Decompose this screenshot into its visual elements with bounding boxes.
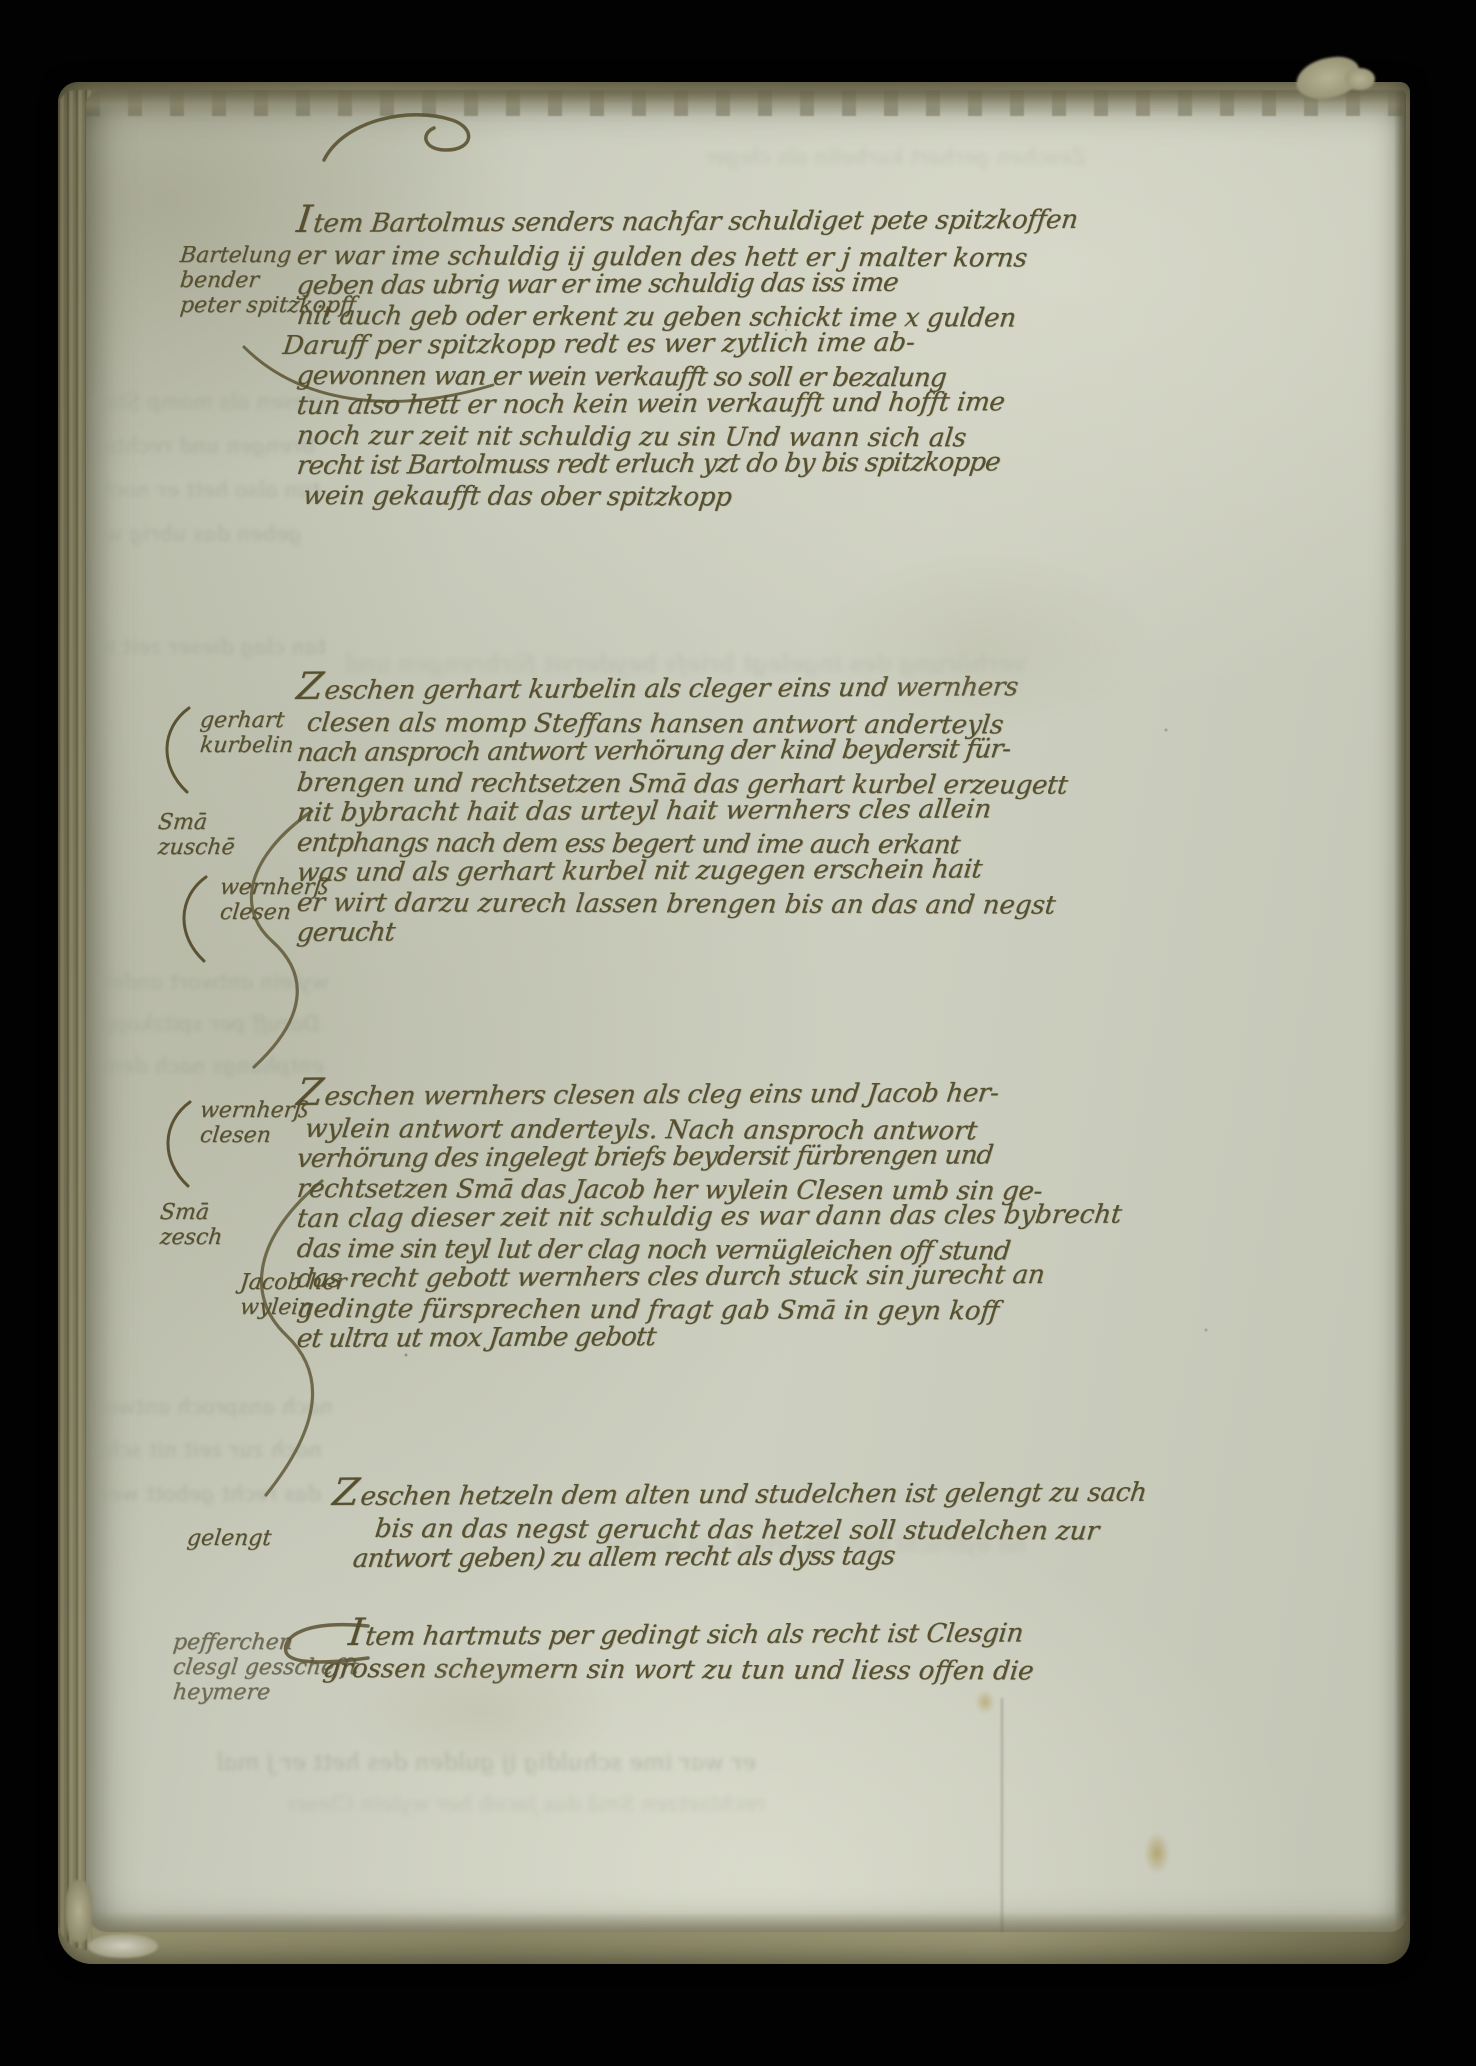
entry-hetzeln-studelchen: Zeschen hetzeln dem alten und studelchen… bbox=[297, 1470, 1107, 1574]
entry-line: verhörung des ingelegt briefs beydersit … bbox=[295, 1140, 1109, 1174]
paper-crease bbox=[1001, 1698, 1003, 1932]
entry-line: Daruff per spitzkopp redt es wer zytlich… bbox=[281, 327, 1109, 361]
bleedthrough-text: rechtsetzen Smā das Jacob her wylein Cle… bbox=[285, 1792, 768, 1816]
bleedthrough-text: tan clag dieser zeit nit schuldig es war… bbox=[95, 635, 328, 659]
entry-line: tun also hett er noch kein wein verkauff… bbox=[295, 387, 1109, 421]
entry-line: was und als gerhart kurbel nit zugegen e… bbox=[295, 854, 1109, 888]
page-bottom-edge-shadow bbox=[86, 1912, 1406, 1932]
entry-hartmuts: Item hartmuts per gedingt sich als recht… bbox=[297, 1610, 1107, 1684]
entry-bartelung: Item Bartolmus senders nachfar schuldige… bbox=[297, 197, 1107, 511]
margin-note-line: wernherß bbox=[199, 1098, 311, 1123]
entry-line: Zeschen gerhart kurbelin als cleger eins… bbox=[294, 660, 1110, 708]
entry-line: tan clag dieser zeit nit schuldig es war… bbox=[295, 1200, 1109, 1234]
entry-line: recht ist Bartolmuss redt erluch yzt do … bbox=[295, 447, 1109, 481]
margin-note-summa-2: Smā zesch bbox=[160, 1200, 222, 1250]
stain bbox=[1144, 1832, 1170, 1874]
margin-bracket bbox=[156, 1098, 198, 1190]
manuscript-page: clesen als momp Steffans hansen antwort … bbox=[86, 90, 1406, 1932]
entry-line: et ultra ut mox Jambe gebott bbox=[295, 1320, 1109, 1354]
margin-note-line: zesch bbox=[159, 1225, 224, 1250]
entry-line: Item Bartolmus senders nachfar schuldige… bbox=[294, 193, 1110, 241]
entry-line: Zeschen hetzeln dem alten und studelchen… bbox=[330, 1466, 1110, 1514]
entry-line: antwort geben) zu allem recht als dyss t… bbox=[351, 1540, 1109, 1574]
bleedthrough-text: er war ime schuldig ij gulden des hett e… bbox=[215, 1750, 758, 1776]
torn-edge-fragment bbox=[88, 1934, 158, 1958]
margin-note-wernhers-clesen-2: wernherß clesen bbox=[200, 1098, 309, 1148]
page-top-deckle-edge bbox=[86, 90, 1406, 116]
photograph-background: clesen als momp Steffans hansen antwort … bbox=[0, 0, 1476, 2066]
torn-edge-fragment bbox=[66, 1880, 92, 1942]
corner-paper-tuft bbox=[1345, 68, 1375, 90]
margin-bracket bbox=[155, 704, 197, 796]
pen-flourish-top bbox=[318, 104, 488, 170]
margin-note-gelengt: gelengt bbox=[187, 1526, 271, 1551]
margin-note-line: gerhart bbox=[199, 708, 295, 733]
margin-note-line: gelengt bbox=[186, 1526, 273, 1551]
entry-line: gerucht bbox=[295, 914, 1109, 948]
margin-note-gerhart-kurbelin: gerhart kurbelin bbox=[200, 708, 293, 758]
stain bbox=[975, 1690, 995, 1714]
margin-note-line: kurbelin bbox=[199, 733, 295, 758]
margin-note-line: Smā bbox=[159, 1200, 224, 1225]
entry-clesen-vs-jacob: Zeschen wernhers clesen als cleg eins un… bbox=[297, 1070, 1107, 1354]
entry-line: Zeschen wernhers clesen als cleg eins un… bbox=[294, 1066, 1110, 1114]
margin-note-line: clesen bbox=[199, 1123, 311, 1148]
entry-line: wein gekaufft das ober spitzkopp bbox=[301, 481, 1108, 514]
entry-line: Item hartmuts per gedingt sich als recht… bbox=[346, 1606, 1110, 1654]
bleedthrough-text: tun also hett er noch kein wein verkauff… bbox=[91, 478, 322, 502]
bleedthrough-text: geben das ubrig war er ime schuldig das … bbox=[101, 522, 304, 546]
entry-line: nit bybracht hait das urteyl hait wernhe… bbox=[295, 794, 1109, 828]
margin-bracket bbox=[172, 873, 214, 965]
entry-line: nach ansproch antwort verhörung der kind… bbox=[295, 734, 1109, 768]
entry-line: geben das ubrig war er ime schuldig das … bbox=[295, 267, 1109, 301]
bleedthrough-text: brengen und rechtsetzen Smā das gerhart … bbox=[99, 434, 317, 458]
page-right-edge-shadow bbox=[1394, 90, 1406, 1932]
entry-line: das recht gebott wernhers cles durch stu… bbox=[295, 1260, 1109, 1294]
bleedthrough-text: Zeschen gerhart kurbelin als cleger eins… bbox=[705, 145, 1088, 169]
entry-gerhart-vs-clesen: Zeschen gerhart kurbelin als cleger eins… bbox=[297, 664, 1107, 948]
entry-line: grossen scheymern sin wort zu tun und li… bbox=[321, 1654, 1108, 1687]
